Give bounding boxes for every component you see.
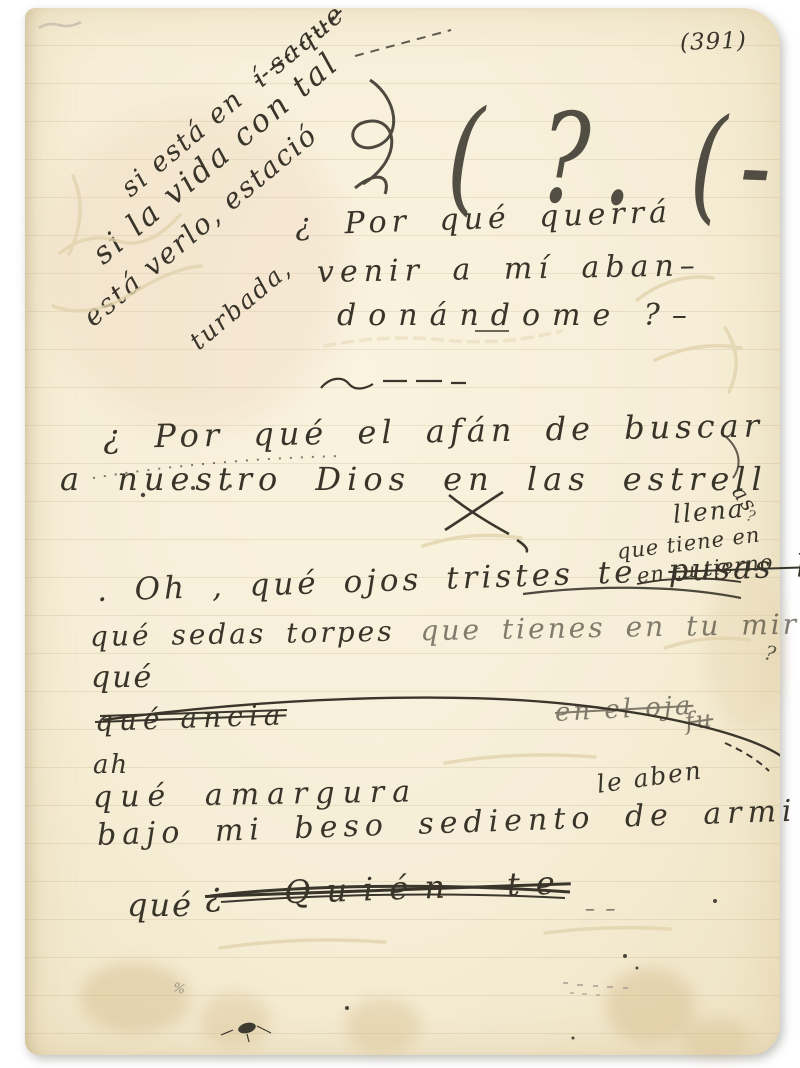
- stanza5-lead: qué: [127, 886, 193, 924]
- stanza3-line3: qué: [91, 660, 153, 695]
- margin-note-le-aben: le aben: [595, 755, 705, 799]
- ink-flourish: [353, 80, 394, 194]
- stanza3-line1-struck: pusas la: [668, 547, 800, 589]
- page-number: (391): [680, 28, 748, 56]
- separator-squiggle: [321, 379, 466, 389]
- stain: [80, 963, 190, 1033]
- stanza1-line3: donándome ?–: [337, 298, 699, 333]
- stanza1-line2: venir a mí aban–: [317, 248, 701, 290]
- scanned-photo: (391) si está en í saque si la vida con …: [0, 0, 800, 1068]
- stain: [200, 993, 270, 1048]
- diagonal-strike-dashes: [355, 30, 451, 56]
- stanza5-struck: ¿ Quién te: [204, 863, 571, 914]
- stanza3-line1: . Oh , qué ojos tristes te pusas la: [96, 547, 800, 609]
- stanza3-line2: qué sedas torpes que tienes en tu mira: [90, 607, 800, 653]
- stanza5-trail: – –: [585, 896, 617, 920]
- crossout-dashed-tail: [725, 743, 769, 771]
- stanza2-line2: a nuestro Dios en las estrell: [60, 460, 768, 498]
- x-mark: [445, 492, 527, 552]
- crossed-line-part1: qué ancia: [94, 698, 287, 738]
- stanza3-line2a: qué sedas torpes: [90, 615, 395, 653]
- stain: [680, 1018, 750, 1058]
- crossed-line-part2: en el oja: [554, 691, 694, 728]
- stanza3-line1-text: . Oh , qué ojos tristes te: [96, 554, 637, 609]
- word-ah: ah: [93, 750, 129, 780]
- pencil-smudge: [39, 22, 81, 28]
- stanza3-line2b: que tienes en tu mira: [420, 607, 800, 647]
- stanza1-line1: ¿ Por qué querrá: [294, 195, 672, 243]
- crossed-line-part3: fu: [683, 704, 715, 736]
- manuscript-page: (391) si está en í saque si la vida con …: [25, 8, 780, 1055]
- stain: [345, 998, 420, 1053]
- margin-note-llena: llena: [672, 494, 746, 529]
